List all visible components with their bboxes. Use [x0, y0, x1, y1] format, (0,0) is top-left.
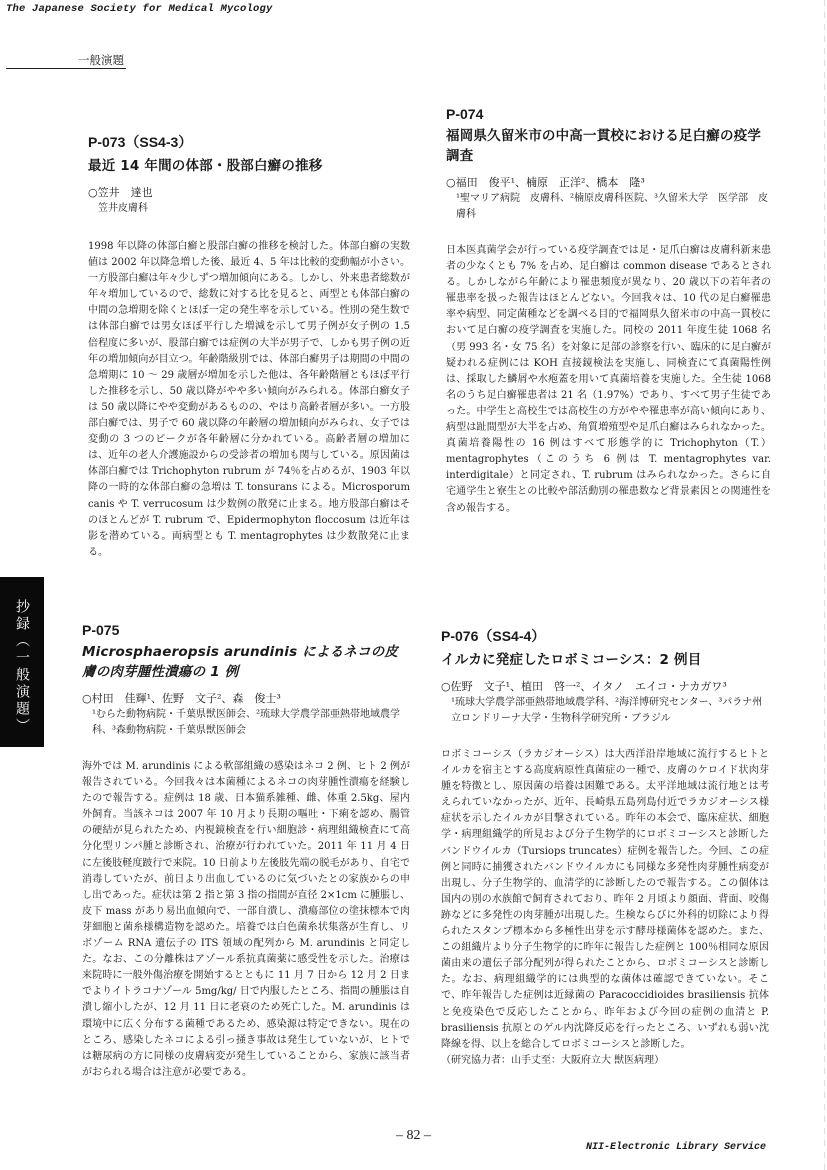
abstract-body: 海外では M. arundinis による軟部組織の感染はネコ 2 例、ヒト 2…: [82, 759, 410, 1081]
abstract-authors: ○佐野 文子¹、植田 啓一²、イタノ エイコ・ナカガワ³: [441, 678, 769, 695]
abstract-id: P-073（SS4-3）: [88, 132, 410, 152]
abstract-authors: ○村田 佳輝¹、佐野 文子²、森 俊士³: [82, 690, 410, 707]
side-tab: 抄録（一般演題）: [0, 577, 44, 747]
abstract-affiliation: ¹琉球大学農学部亜熱帯地域農学科、²海洋博研究センター、³パラナ州立ロンドリーナ…: [451, 695, 769, 727]
abstract-note: （研究協力者：山手丈至：大阪府立大 獣医病理）: [441, 1053, 769, 1069]
abstract-authors: ○笠井 達也: [88, 184, 410, 201]
section-label: 一般演題: [78, 52, 124, 68]
abstract-affiliation: ¹むらた動物病院・千葉県獣医師会、²琉球大学農学部亜熱帯地域農学科、³森動物病院…: [92, 707, 410, 739]
page-number: – 82 –: [396, 1128, 431, 1144]
abstract-title: 福岡県久留米市の中高一貫校における足白癬の疫学調査: [446, 126, 771, 166]
abstract-authors: ○福田 俊平¹、楠原 正洋²、橋本 隆³: [446, 174, 771, 191]
abstract-p073: P-073（SS4-3） 最近 14 年間の体部・股部白癬の推移 ○笠井 達也 …: [88, 132, 410, 561]
abstract-id: P-076（SS4-4）: [441, 626, 769, 646]
abstract-title: 最近 14 年間の体部・股部白癬の推移: [88, 156, 410, 176]
journal-header: The Japanese Society for Medical Mycolog…: [6, 3, 273, 15]
abstract-id: P-074: [446, 106, 771, 122]
footer-service: NII-Electronic Library Service: [586, 1142, 766, 1153]
abstract-p074: P-074 福岡県久留米市の中高一貫校における足白癬の疫学調査 ○福田 俊平¹、…: [446, 106, 771, 517]
abstract-id: P-075: [82, 622, 410, 638]
abstract-body: ロボミコーシス（ラカジオーシス）は大西洋沿岸地域に流行するヒトとイルカを宿主とす…: [441, 747, 769, 1053]
abstract-body: 1998 年以降の体部白癬と股部白癬の推移を検討した。体部白癬の実数値は 200…: [88, 239, 410, 561]
abstract-affiliation: ¹聖マリア病院 皮膚科、²楠原皮膚科医院、³久留米大学 医学部 皮膚科: [456, 191, 771, 223]
scan-edge: [824, 0, 825, 1170]
abstract-title: イルカに発症したロボミコーシス：2 例目: [441, 650, 769, 670]
abstract-body: 日本医真菌学会が行っている疫学調査では足・足爪白癬は皮膚科新来患者の少なくとも …: [446, 243, 771, 517]
section-divider: [6, 68, 126, 69]
abstract-affiliation: 笠井皮膚科: [98, 201, 410, 217]
side-tab-label: 抄録（一般演題）: [12, 599, 32, 735]
abstract-p076: P-076（SS4-4） イルカに発症したロボミコーシス：2 例目 ○佐野 文子…: [441, 626, 769, 1069]
abstract-title: Microsphaeropsis arundinis によるネコの皮膚の肉芽腫性…: [82, 642, 410, 682]
abstract-p075: P-075 Microsphaeropsis arundinis によるネコの皮…: [82, 622, 410, 1081]
